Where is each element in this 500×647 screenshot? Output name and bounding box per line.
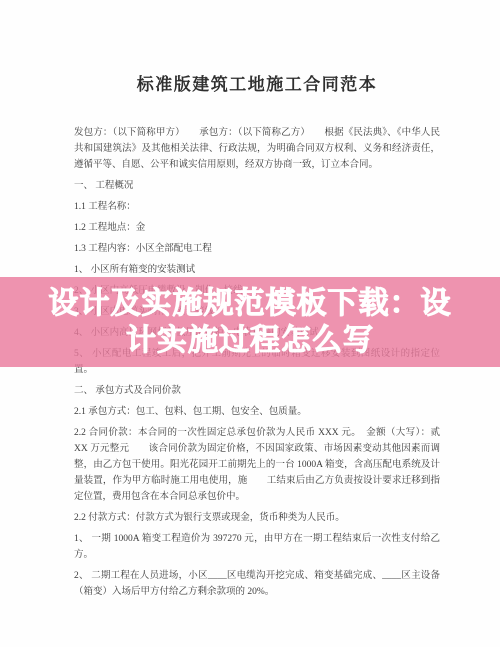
- doc-paragraph: 2、 二期工程在人员进场，小区____区电缆沟开挖完成、箱变基础完成、____区…: [74, 568, 440, 600]
- doc-paragraph: 二、 承包方式及合同价款: [74, 383, 440, 399]
- doc-paragraph: 2.2 合同价款：本合同的一次性固定总承包价款为人民币 XXX 元。 金额（大写…: [74, 425, 440, 505]
- doc-paragraph: 2.2 付款方式：付款方式为银行支票或现金，货币种类为人民币。: [74, 510, 440, 526]
- doc-paragraph: 1、 小区所有箱变的安装测试: [74, 262, 440, 278]
- promo-overlay-title-line2: 计实施过程怎么写: [126, 322, 374, 359]
- doc-paragraph: 1.2 工程地点：金: [74, 220, 440, 236]
- doc-paragraph: 发包方：（以下简称甲方） 承包方：（以下简称乙方） 根据《民法典》、《中华人民共…: [74, 125, 440, 173]
- doc-paragraph: 1.3 工程内容：小区全部配电工程: [74, 241, 440, 257]
- promo-overlay-banner[interactable]: 设计及实施规范模板下载：设 计实施过程怎么写: [0, 277, 500, 367]
- document-title: 标准版建筑工地施工合同范本: [74, 70, 440, 95]
- doc-paragraph: 1.1 工程名称：: [74, 199, 440, 215]
- doc-paragraph: 2.1 承包方式：包工、包料、包工期、包安全、包质量。: [74, 404, 440, 420]
- doc-paragraph: 1、 一期 1000A 箱变工程造价为 397270 元，由甲方在一期工程结束后…: [74, 531, 440, 563]
- promo-overlay-title-line1: 设计及实施规范模板下载：设: [49, 285, 452, 322]
- doc-paragraph: 一、 工程概况: [74, 178, 440, 194]
